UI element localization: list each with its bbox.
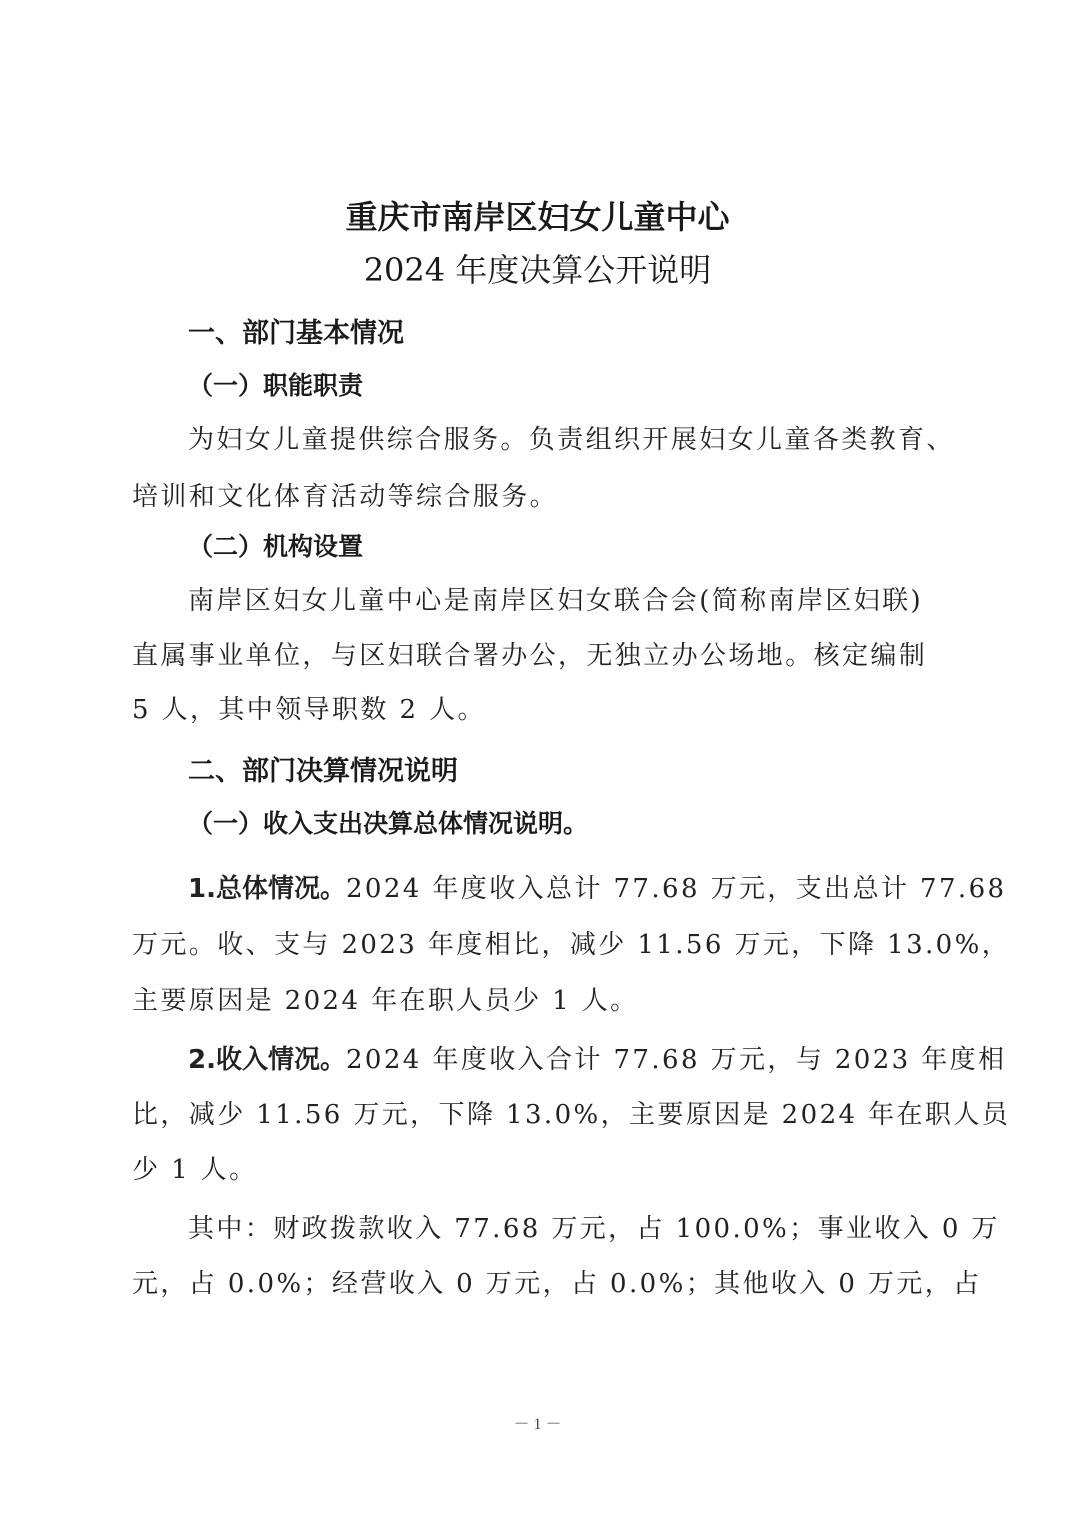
paragraph-line: 元，占 0.0%；经营收入 0 万元，占 0.0%；其他收入 0 万元，占 xyxy=(132,1263,982,1300)
paragraph-line: 2.收入情况。2024 年度收入合计 77.68 万元，与 2023 年度相 xyxy=(188,1039,1006,1076)
subsection-heading-organization: （二）机构设置 xyxy=(188,527,363,563)
subsection-heading-income-expense: （一）收入支出决算总体情况说明。 xyxy=(188,804,588,840)
paragraph-line: 主要原因是 2024 年在职人员少 1 人。 xyxy=(132,980,639,1017)
paragraph-line: 培训和文化体育活动等综合服务。 xyxy=(132,476,558,513)
paragraph-line: 少 1 人。 xyxy=(132,1149,257,1186)
paragraph-line: 为妇女儿童提供综合服务。负责组织开展妇女儿童各类教育、 xyxy=(188,419,955,456)
item-label-income: 2.收入情况。 xyxy=(188,1045,346,1075)
document-subtitle: 2024 年度决算公开说明 xyxy=(0,245,1075,291)
paragraph-line: 其中：财政拨款收入 77.68 万元，占 100.0%；事业收入 0 万 xyxy=(188,1208,1000,1245)
page-number: － 1 － xyxy=(0,1411,1075,1434)
item-text: 2024 年度收入总计 77.68 万元，支出总计 77.68 xyxy=(346,874,1007,904)
paragraph-line: 南岸区妇女儿童中心是南岸区妇女联合会(简称南岸区妇联) xyxy=(188,580,923,617)
subsection-heading-functions: （一）职能职责 xyxy=(188,366,363,402)
document-title: 重庆市南岸区妇女儿童中心 xyxy=(0,192,1075,238)
section-heading-basic-info: 一、部门基本情况 xyxy=(188,311,404,350)
paragraph-line: 5 人，其中领导职数 2 人。 xyxy=(132,689,486,726)
paragraph-line: 比，减少 11.56 万元，下降 13.0%，主要原因是 2024 年在职人员 xyxy=(132,1094,1010,1131)
paragraph-line: 万元。收、支与 2023 年度相比，减少 11.56 万元，下降 13.0%， xyxy=(132,924,1010,961)
paragraph-line: 直属事业单位，与区妇联合署办公，无独立办公场地。核定编制 xyxy=(132,635,927,672)
section-heading-final-accounts: 二、部门决算情况说明 xyxy=(188,749,458,788)
item-text: 2024 年度收入合计 77.68 万元，与 2023 年度相 xyxy=(346,1045,1007,1075)
item-label-overall: 1.总体情况。 xyxy=(188,874,346,904)
paragraph-line: 1.总体情况。2024 年度收入总计 77.68 万元，支出总计 77.68 xyxy=(188,868,1006,905)
